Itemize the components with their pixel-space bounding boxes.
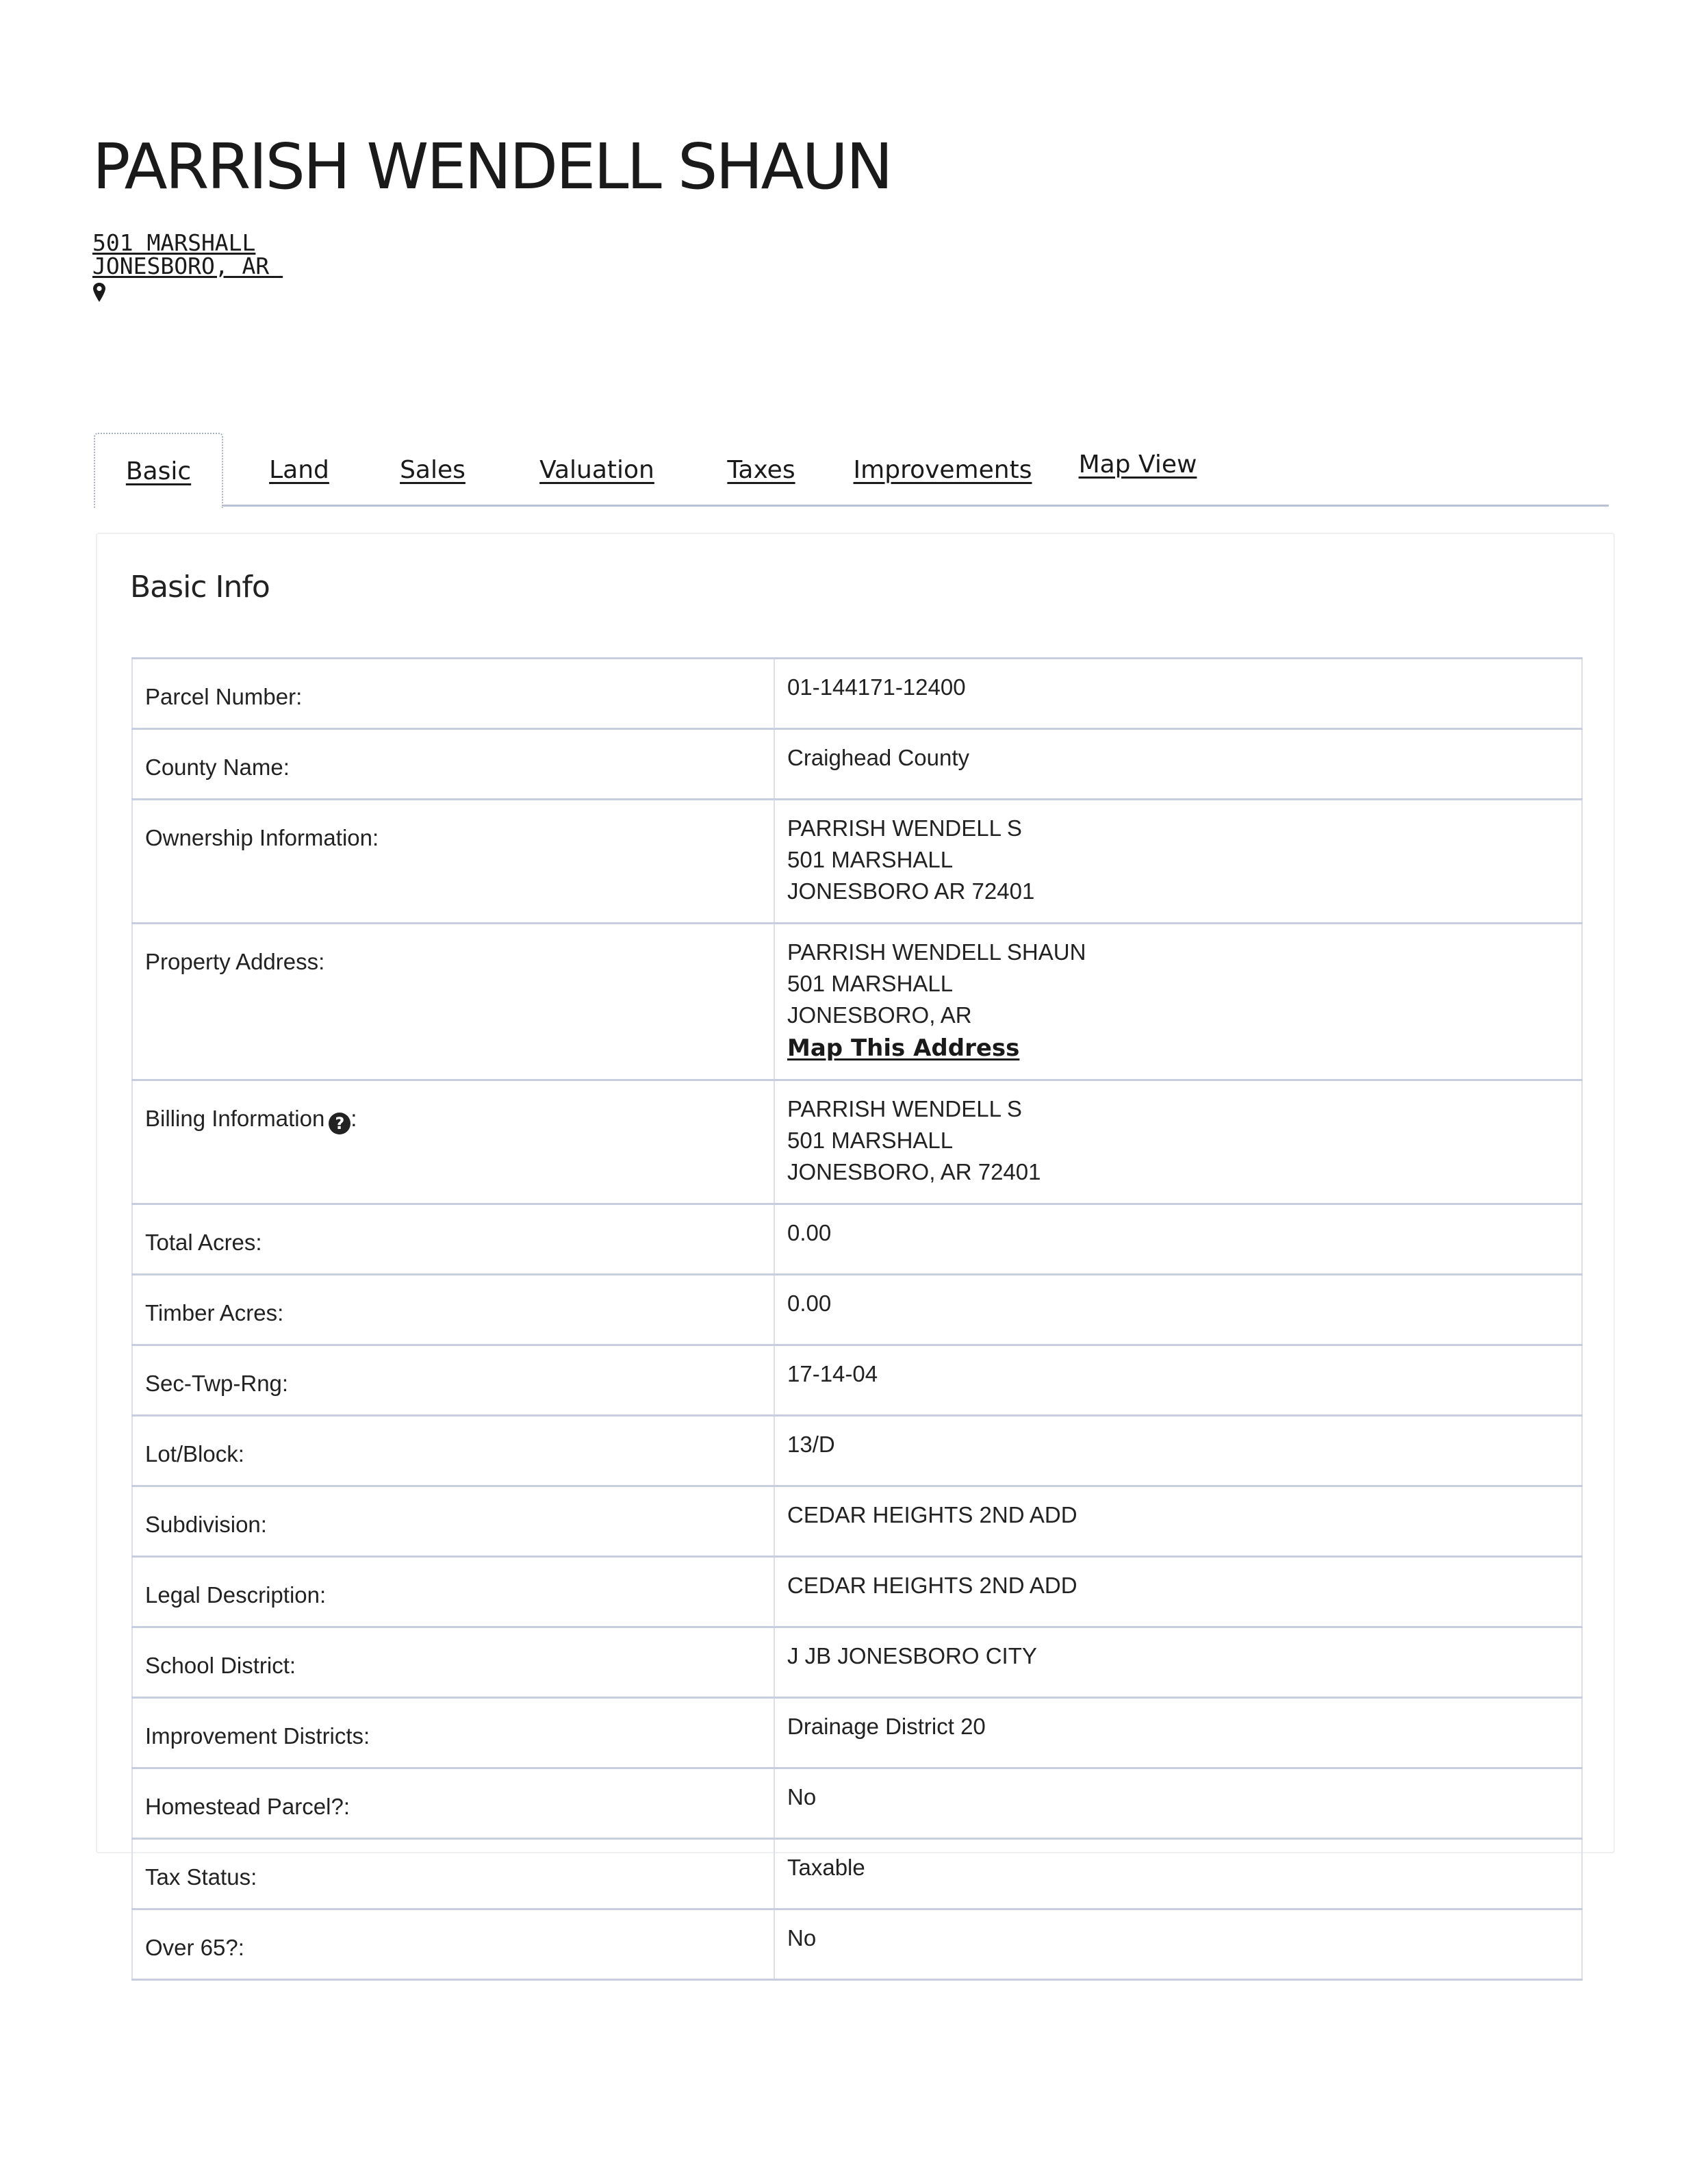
row-value: Craighead County [774, 729, 1582, 800]
map-this-address-link[interactable]: Map This Address [787, 1032, 1019, 1064]
row-label-text: Ownership Information: [145, 825, 379, 850]
header-address-link[interactable]: 501 MARSHALL JONESBORO, AR [92, 231, 283, 278]
table-row: Improvement Districts:Drainage District … [132, 1698, 1582, 1768]
row-label: School District: [132, 1627, 774, 1698]
row-label-text: Parcel Number: [145, 684, 302, 709]
basic-info-table: Parcel Number:01-144171-12400County Name… [131, 657, 1583, 1981]
table-row: Homestead Parcel?:No [132, 1768, 1582, 1839]
row-value-line: Taxable [787, 1852, 1569, 1883]
row-label: Total Acres: [132, 1204, 774, 1275]
row-label: Over 65?: [132, 1909, 774, 1980]
table-row: County Name:Craighead County [132, 729, 1582, 800]
row-value-line: JONESBORO AR 72401 [787, 876, 1569, 907]
row-value: No [774, 1768, 1582, 1839]
tab-improvements[interactable]: Improvements [840, 433, 1045, 507]
row-value-line: 17-14-04 [787, 1358, 1569, 1390]
row-label: Homestead Parcel?: [132, 1768, 774, 1839]
row-label-text: Sec-Twp-Rng: [145, 1371, 288, 1396]
row-value-line: PARRISH WENDELL S [787, 1093, 1569, 1125]
row-value: Drainage District 20 [774, 1698, 1582, 1768]
row-label-text: Lot/Block: [145, 1441, 244, 1466]
table-row: Timber Acres:0.00 [132, 1275, 1582, 1345]
row-label: Parcel Number: [132, 659, 774, 729]
tab-basic[interactable]: Basic [94, 433, 223, 508]
address-line-2: JONESBORO, AR [92, 255, 283, 278]
row-label-suffix: : [350, 1106, 357, 1131]
row-label: Timber Acres: [132, 1275, 774, 1345]
row-value: PARRISH WENDELL S501 MARSHALLJONESBORO, … [774, 1080, 1582, 1204]
row-value-line: JONESBORO, AR 72401 [787, 1156, 1569, 1188]
row-value-line: 0.00 [787, 1217, 1569, 1249]
table-row: Legal Description:CEDAR HEIGHTS 2ND ADD [132, 1557, 1582, 1627]
row-label-text: Over 65?: [145, 1935, 244, 1960]
row-value: PARRISH WENDELL S501 MARSHALLJONESBORO A… [774, 800, 1582, 924]
map-marker-icon [92, 282, 106, 303]
tab-land[interactable]: Land [244, 433, 354, 507]
row-value-line: Craighead County [787, 742, 1569, 774]
row-label-text: Timber Acres: [145, 1300, 283, 1325]
row-label: Improvement Districts: [132, 1698, 774, 1768]
row-label: Sec-Twp-Rng: [132, 1345, 774, 1416]
tab-map-view[interactable]: Map View [1059, 427, 1216, 501]
row-label-text: Improvement Districts: [145, 1723, 370, 1749]
tab-sales[interactable]: Sales [371, 433, 494, 507]
table-row: School District:J JB JONESBORO CITY [132, 1627, 1582, 1698]
row-label: Tax Status: [132, 1839, 774, 1909]
row-value-line: No [787, 1922, 1569, 1954]
row-value-line: 01-144171-12400 [787, 672, 1569, 703]
table-row: Sec-Twp-Rng:17-14-04 [132, 1345, 1582, 1416]
row-label: Subdivision: [132, 1486, 774, 1557]
tab-bar: Basic Land Sales Valuation Taxes Improve… [94, 433, 1609, 507]
row-value: 17-14-04 [774, 1345, 1582, 1416]
row-value: 0.00 [774, 1204, 1582, 1275]
tab-valuation[interactable]: Valuation [511, 433, 682, 507]
table-row: Total Acres:0.00 [132, 1204, 1582, 1275]
panel-title: Basic Info [130, 570, 270, 605]
row-value-line: 0.00 [787, 1288, 1569, 1319]
row-value-line: 13/D [787, 1429, 1569, 1460]
row-value-line: CEDAR HEIGHTS 2ND ADD [787, 1499, 1569, 1531]
row-value: 01-144171-12400 [774, 659, 1582, 729]
row-value-line: PARRISH WENDELL S [787, 813, 1569, 844]
tab-taxes[interactable]: Taxes [696, 433, 826, 507]
row-label-text: School District: [145, 1653, 296, 1678]
row-value: No [774, 1909, 1582, 1980]
row-value-line: J JB JONESBORO CITY [787, 1640, 1569, 1672]
row-label-text: Billing Information [145, 1106, 324, 1131]
row-value-line: 501 MARSHALL [787, 844, 1569, 876]
owner-name-title: PARRISH WENDELL SHAUN [92, 130, 891, 203]
table-row: Parcel Number:01-144171-12400 [132, 659, 1582, 729]
table-row: Subdivision:CEDAR HEIGHTS 2ND ADD [132, 1486, 1582, 1557]
table-row: Billing Information?:PARRISH WENDELL S50… [132, 1080, 1582, 1204]
row-label: Legal Description: [132, 1557, 774, 1627]
address-line-1: 501 MARSHALL [92, 231, 283, 255]
table-row: Ownership Information:PARRISH WENDELL S5… [132, 800, 1582, 924]
row-value-line: 501 MARSHALL [787, 968, 1569, 1000]
table-row: Lot/Block:13/D [132, 1416, 1582, 1486]
row-value: Taxable [774, 1839, 1582, 1909]
row-label: Ownership Information: [132, 800, 774, 924]
row-label: County Name: [132, 729, 774, 800]
row-value: CEDAR HEIGHTS 2ND ADD [774, 1557, 1582, 1627]
row-value: 0.00 [774, 1275, 1582, 1345]
row-value-line: 501 MARSHALL [787, 1125, 1569, 1156]
table-row: Over 65?:No [132, 1909, 1582, 1980]
row-label-text: County Name: [145, 754, 290, 780]
row-label-text: Subdivision: [145, 1512, 267, 1537]
row-label-text: Total Acres: [145, 1230, 262, 1255]
row-value: 13/D [774, 1416, 1582, 1486]
basic-info-panel: Basic Info Parcel Number:01-144171-12400… [96, 533, 1615, 1853]
row-value-line: JONESBORO, AR [787, 1000, 1569, 1031]
row-label: Property Address: [132, 924, 774, 1080]
row-value-line: Drainage District 20 [787, 1711, 1569, 1742]
table-row: Tax Status:Taxable [132, 1839, 1582, 1909]
row-label-text: Tax Status: [145, 1864, 257, 1890]
row-label: Lot/Block: [132, 1416, 774, 1486]
row-value: CEDAR HEIGHTS 2ND ADD [774, 1486, 1582, 1557]
row-label-text: Homestead Parcel?: [145, 1794, 350, 1819]
row-label: Billing Information?: [132, 1080, 774, 1204]
row-value-line: PARRISH WENDELL SHAUN [787, 937, 1569, 968]
row-value-line: No [787, 1781, 1569, 1813]
table-row: Property Address:PARRISH WENDELL SHAUN50… [132, 924, 1582, 1080]
question-circle-icon[interactable]: ? [329, 1113, 350, 1134]
row-value: J JB JONESBORO CITY [774, 1627, 1582, 1698]
row-value-line: CEDAR HEIGHTS 2ND ADD [787, 1570, 1569, 1601]
row-label-text: Property Address: [145, 949, 324, 974]
row-value: PARRISH WENDELL SHAUN501 MARSHALLJONESBO… [774, 924, 1582, 1080]
row-label-text: Legal Description: [145, 1582, 326, 1608]
